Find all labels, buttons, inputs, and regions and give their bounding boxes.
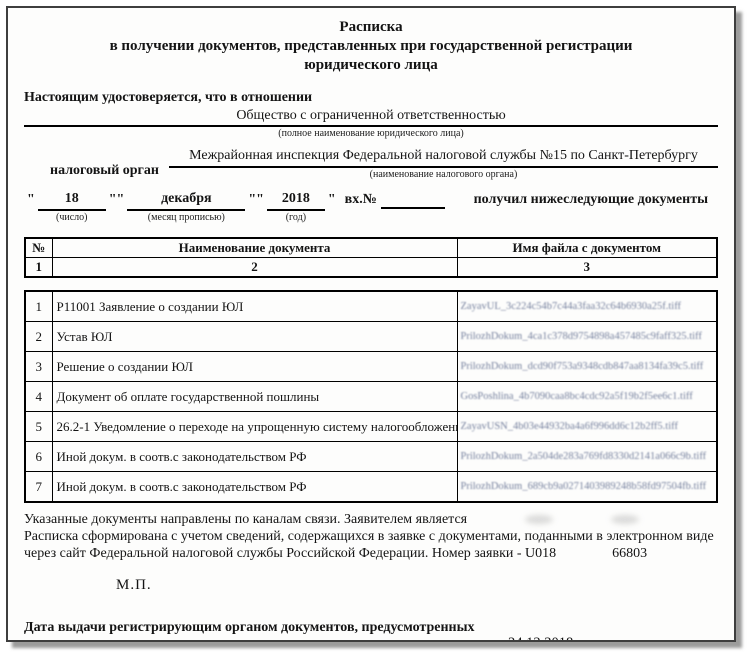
document-name: 26.2-1 Уведомление о переходе на упрощен…	[52, 412, 457, 442]
day-caption: (число)	[56, 211, 87, 224]
document-file-name: GosPoshlina_4b7090caa8bc4cdc92a5f19b2f5e…	[457, 382, 717, 412]
document-page: Расписка в получении документов, предста…	[6, 6, 736, 642]
column-number-3: 3	[457, 258, 717, 278]
tax-authority-field: Межрайонная инспекция Федеральной налого…	[169, 147, 718, 181]
issue-date-label-line-1: Дата выдачи регистрирующим органом докум…	[24, 618, 502, 637]
document-title: Расписка в получении документов, предста…	[24, 18, 718, 75]
redacted-smudge	[525, 515, 553, 524]
year-caption: (год)	[286, 211, 306, 224]
title-line-3: юридического лица	[24, 56, 718, 75]
document-name: Документ об оплате государственной пошли…	[52, 382, 457, 412]
document-file-name: PrilozhDokum_dcd90f753a9348cdb847aa8134f…	[457, 352, 717, 382]
document-file-name: PrilozhDokum_2a504de283a769fd8330d2141a0…	[457, 442, 717, 472]
document-file-name: PrilozhDokum_4ca1c378d9754898a457485c9fa…	[457, 322, 717, 352]
document-name: Иной докум. в соотв.с законодательством …	[52, 472, 457, 503]
inbox-number-blank-field	[381, 190, 445, 209]
day-field: 18 (число)	[38, 190, 106, 224]
application-number-prefix: через сайт Федеральной налоговой службы …	[24, 546, 556, 561]
certify-statement: Настоящим удостоверяется, что в отношени…	[24, 89, 718, 107]
day-value: 18	[38, 190, 106, 211]
header-document-name: Наименование документа	[52, 238, 457, 258]
title-line-1: Расписка	[24, 18, 718, 37]
tax-authority-row: налоговый орган Межрайонная инспекция Фе…	[24, 147, 718, 181]
tax-authority-value: Межрайонная инспекция Федеральной налого…	[169, 147, 718, 168]
month-value: декабря	[127, 190, 245, 211]
document-name: Решение о создании ЮЛ	[52, 352, 457, 382]
table-row: 4 Документ об оплате государственной пош…	[25, 382, 717, 412]
table-row: 2 Устав ЮЛ PrilozhDokum_4ca1c378d9754898…	[25, 322, 717, 352]
issue-date-value: 24.12.2018	[502, 634, 718, 642]
row-number: 7	[25, 472, 52, 503]
documents-table-header: № Наименование документа Имя файла с док…	[24, 237, 718, 278]
table-row: 5 26.2-1 Уведомление о переходе на упрощ…	[25, 412, 717, 442]
document-file-name: ZayavUSN_4b03e44932ba4a6f996dd6c12b2ff5.…	[457, 412, 717, 442]
table-row: 7 Иной докум. в соотв.с законодательство…	[25, 472, 717, 503]
quotes-day-month: ""	[106, 190, 128, 209]
document-name: Иной докум. в соотв.с законодательством …	[52, 442, 457, 472]
footer-line-application: через сайт Федеральной налоговой службы …	[24, 545, 718, 562]
header-row-column-numbers: 1 2 3	[25, 258, 717, 278]
issue-date-label-line-2: законодательством о государственной реги…	[24, 637, 502, 642]
column-number-1: 1	[25, 258, 52, 278]
document-file-name: PrilozhDokum_689cb9a0271403989248b58fd97…	[457, 472, 717, 503]
inbox-number-label: вх.№	[339, 190, 381, 209]
table-row: 6 Иной докум. в соотв.с законодательство…	[25, 442, 717, 472]
documents-table: 1 Р11001 Заявление о создании ЮЛ ZayavUL…	[24, 290, 718, 503]
row-number: 2	[25, 322, 52, 352]
row-number: 1	[25, 291, 52, 322]
column-number-2: 2	[52, 258, 457, 278]
quote-open-day: "	[24, 190, 38, 209]
issue-date-row: Дата выдачи регистрирующим органом докум…	[24, 618, 718, 642]
table-row: 3 Решение о создании ЮЛ PrilozhDokum_dcd…	[25, 352, 717, 382]
tax-authority-caption: (наименование налогового органа)	[169, 168, 718, 181]
row-number: 3	[25, 352, 52, 382]
row-number: 5	[25, 412, 52, 442]
month-field: декабря (месяц прописью)	[127, 190, 245, 224]
header-row-labels: № Наименование документа Имя файла с док…	[25, 238, 717, 258]
year-field: 2018 (год)	[267, 190, 325, 224]
application-number-suffix: 66803	[612, 546, 647, 561]
document-file-name: ZayavUL_3c224c54b7c44a3faa32c64b6930a25f…	[457, 291, 717, 322]
quote-close-year: "	[325, 190, 339, 209]
header-file-name: Имя файла с документом	[457, 238, 717, 258]
row-number: 4	[25, 382, 52, 412]
stamp-place-label: М.П.	[116, 577, 718, 594]
row-number: 6	[25, 442, 52, 472]
redacted-smudge	[611, 515, 639, 524]
entity-name-caption: (полное наименование юридического лица)	[24, 127, 718, 140]
received-documents-label: получил нижеследующие документы	[474, 190, 718, 209]
table-row: 1 Р11001 Заявление о создании ЮЛ ZayavUL…	[25, 291, 717, 322]
document-name: Устав ЮЛ	[52, 322, 457, 352]
footer-notes: Указанные документы направлены по канала…	[24, 511, 718, 562]
footer-line-formed: Расписка сформирована с учетом сведений,…	[24, 528, 718, 545]
footer-line-channels: Указанные документы направлены по канала…	[24, 511, 718, 528]
channels-statement: Указанные документы направлены по канала…	[24, 512, 467, 527]
month-caption: (месяц прописью)	[148, 211, 225, 224]
document-name: Р11001 Заявление о создании ЮЛ	[52, 291, 457, 322]
tax-authority-label: налоговый орган	[24, 162, 169, 181]
quotes-month-year: ""	[245, 190, 267, 209]
title-line-2: в получении документов, представленных п…	[24, 37, 718, 56]
entity-name-field: Общество с ограниченной ответственностью	[24, 107, 718, 127]
year-value: 2018	[267, 190, 325, 211]
date-line: " 18 (число) "" декабря (месяц прописью)…	[24, 190, 718, 224]
header-number: №	[25, 238, 52, 258]
issue-date-label: Дата выдачи регистрирующим органом докум…	[24, 618, 502, 642]
